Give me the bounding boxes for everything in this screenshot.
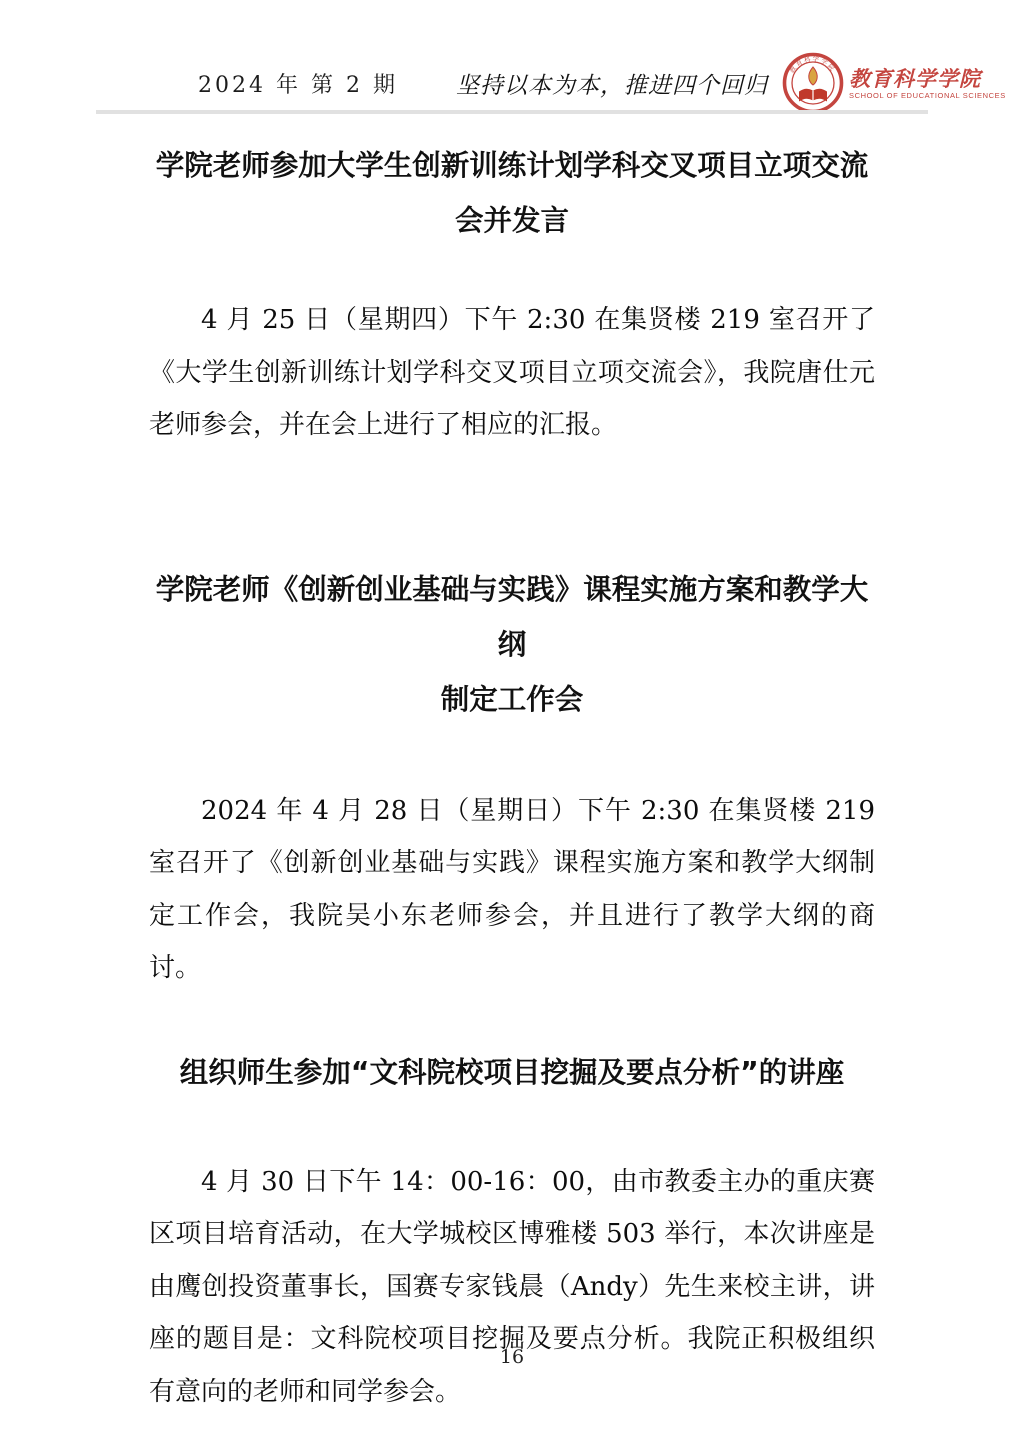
article-title-3: 组织师生参加“文科院校项目挖掘及要点分析”的讲座 [149,1045,875,1100]
school-logo: 教育科学学院 教育科学学院 SCHOOL OF EDUCATIONAL SCIE… [782,52,1006,114]
article-title-2: 学院老师《创新创业基础与实践》课程实施方案和教学大纲 制定工作会 [149,562,875,727]
issue-number: 2024 年 第 2 期 [198,68,398,99]
newsletter-content: 学院老师参加大学生创新训练计划学科交叉项目立项交流 会并发言 4 月 25 日（… [149,128,875,1418]
page-header: 2024 年 第 2 期 坚持以本为本，推进四个回归 教育科学学院 教育科学学院… [0,52,1024,114]
article-body-1: 4 月 25 日（星期四）下午 2:30 在集贤楼 219 室召开了《大学生创新… [149,294,875,452]
document-page: 2024 年 第 2 期 坚持以本为本，推进四个回归 教育科学学院 教育科学学院… [0,0,1024,1448]
article-title-1: 学院老师参加大学生创新训练计划学科交叉项目立项交流 会并发言 [149,138,875,248]
page-number: 16 [500,1346,524,1368]
header-divider [96,110,928,114]
article-body-2: 2024 年 4 月 28 日（星期日）下午 2:30 在集贤楼 219 室召开… [149,785,875,995]
school-seal-icon: 教育科学学院 [782,52,844,114]
header-slogan: 坚持以本为本，推进四个回归 [456,67,768,100]
page-footer: 16 [0,1346,1024,1368]
article-body-3: 4 月 30 日下午 14：00-16：00，由市教委主办的重庆赛区项目培育活动… [149,1156,875,1419]
school-name-cn: 教育科学学院 [849,67,1006,91]
school-name-en: SCHOOL OF EDUCATIONAL SCIENCES [849,91,1006,100]
school-name-block: 教育科学学院 SCHOOL OF EDUCATIONAL SCIENCES [849,67,1006,100]
